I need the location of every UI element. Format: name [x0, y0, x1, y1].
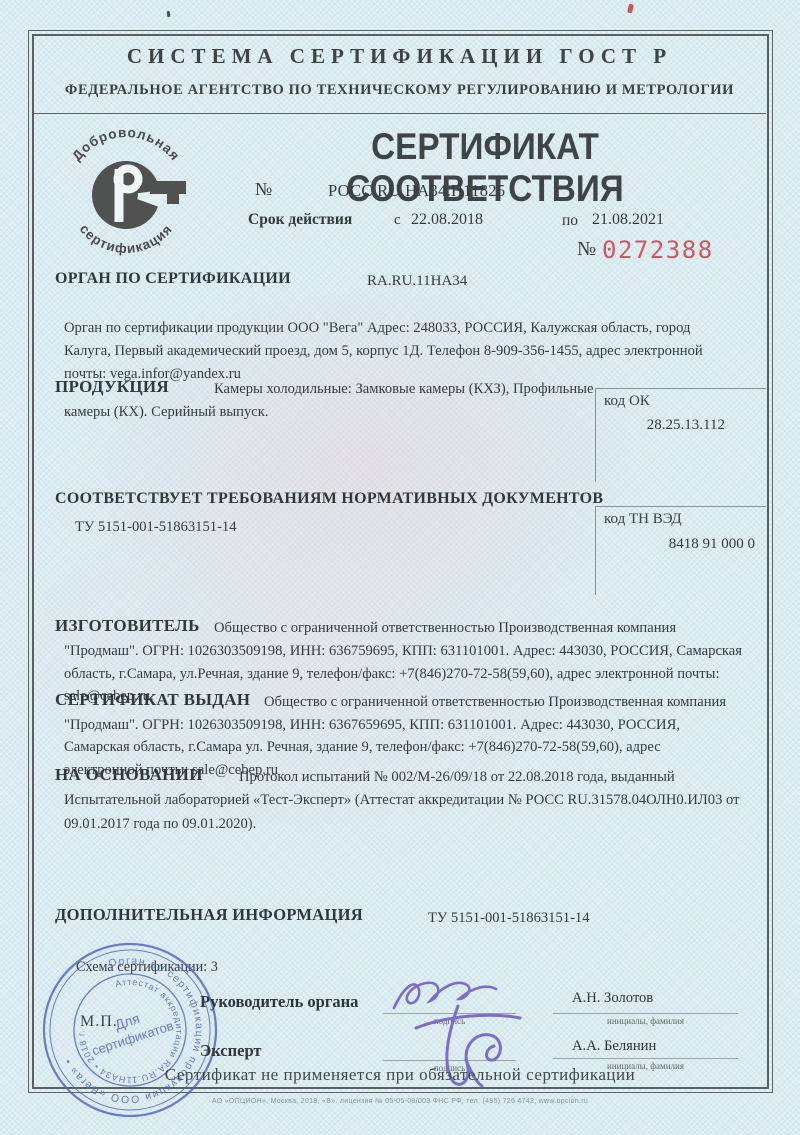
additional-text: ТУ 5151-001-51863151-14 [428, 907, 590, 930]
validity-label: Срок действия [248, 211, 352, 229]
certification-body-text: Орган по сертификации продукции ООО "Вег… [64, 317, 740, 386]
cert-number: РОСС RU.НА34.Н11825 [328, 181, 505, 201]
head-of-body-label: Руководитель органа [200, 992, 358, 1012]
conforms-text: ТУ 5151-001-51863151-14 [75, 516, 237, 539]
stamp-place-label: М.П. [80, 1013, 118, 1031]
validity-from-date: 22.08.2018 [411, 211, 483, 229]
header-divider [34, 113, 766, 114]
tnved-code-label: код ТН ВЭД [604, 511, 682, 528]
ok-code-value: 28.25.13.112 [595, 417, 725, 434]
printing-house-info: АО «ОПЦИОН», Москва, 2018, «В». лицензия… [0, 1098, 800, 1105]
expert-name: А.А. Белянин [572, 1038, 656, 1055]
scan-speck-red [627, 4, 634, 14]
basis-text: Протокол испытаний № 002/М-26/09/18 от 2… [64, 766, 744, 836]
validity-to-label: по [562, 212, 578, 230]
bottom-note: Сертификат не применяется при обязательн… [100, 1065, 700, 1085]
serial-number: 0272388 [602, 236, 714, 264]
agency-header: ФЕДЕРАЛЬНОЕ АГЕНТСТВО ПО ТЕХНИЧЕСКОМУ РЕ… [28, 82, 771, 99]
serial-number-label: № [577, 238, 596, 261]
system-header: СИСТЕМА СЕРТИФИКАЦИИ ГОСТ Р [28, 44, 771, 69]
certificate-page: СИСТЕМА СЕРТИФИКАЦИИ ГОСТ Р ФЕДЕРАЛЬНОЕ … [0, 0, 800, 1135]
tnved-code-value: 8418 91 000 0 [595, 536, 755, 553]
rst-emblem [92, 161, 186, 229]
expert-label: Эксперт [200, 1041, 262, 1061]
scan-speck-dark [167, 11, 171, 17]
svg-text:Орган по сертификации продукци: Орган по сертификации продукции ООО «Вег… [36, 935, 225, 1124]
ok-code-label: код ОК [604, 393, 650, 410]
certification-body-code: RA.RU.11НА34 [367, 270, 467, 294]
head-name-line [553, 1013, 738, 1014]
head-name-caption: инициалы, фамилия [553, 1016, 738, 1026]
conforms-heading: СООТВЕТСТВУЕТ ТРЕБОВАНИЯМ НОРМАТИВНЫХ ДО… [55, 490, 603, 508]
additional-heading: ДОПОЛНИТЕЛЬНАЯ ИНФОРМАЦИЯ [55, 905, 363, 925]
cert-number-label: № [255, 179, 272, 200]
certification-body-heading: ОРГАН ПО СЕРТИФИКАЦИИ [55, 270, 291, 288]
validity-to-date: 21.08.2021 [592, 211, 664, 229]
head-name: А.Н. Золотов [572, 990, 653, 1007]
svg-text:Добровольная: Добровольная [69, 125, 183, 164]
stamp-ring-outer-text: Орган по сертификации продукции ООО «Вег… [36, 935, 225, 1124]
production-text: Камеры холодильные: Замковые камеры (КХЗ… [64, 378, 596, 424]
rst-logo-icon: Добровольная сертификация [50, 118, 202, 266]
logo-arc-top-text: Добровольная [69, 125, 183, 164]
expert-name-line [553, 1058, 738, 1059]
validity-from-label: с [394, 212, 401, 229]
